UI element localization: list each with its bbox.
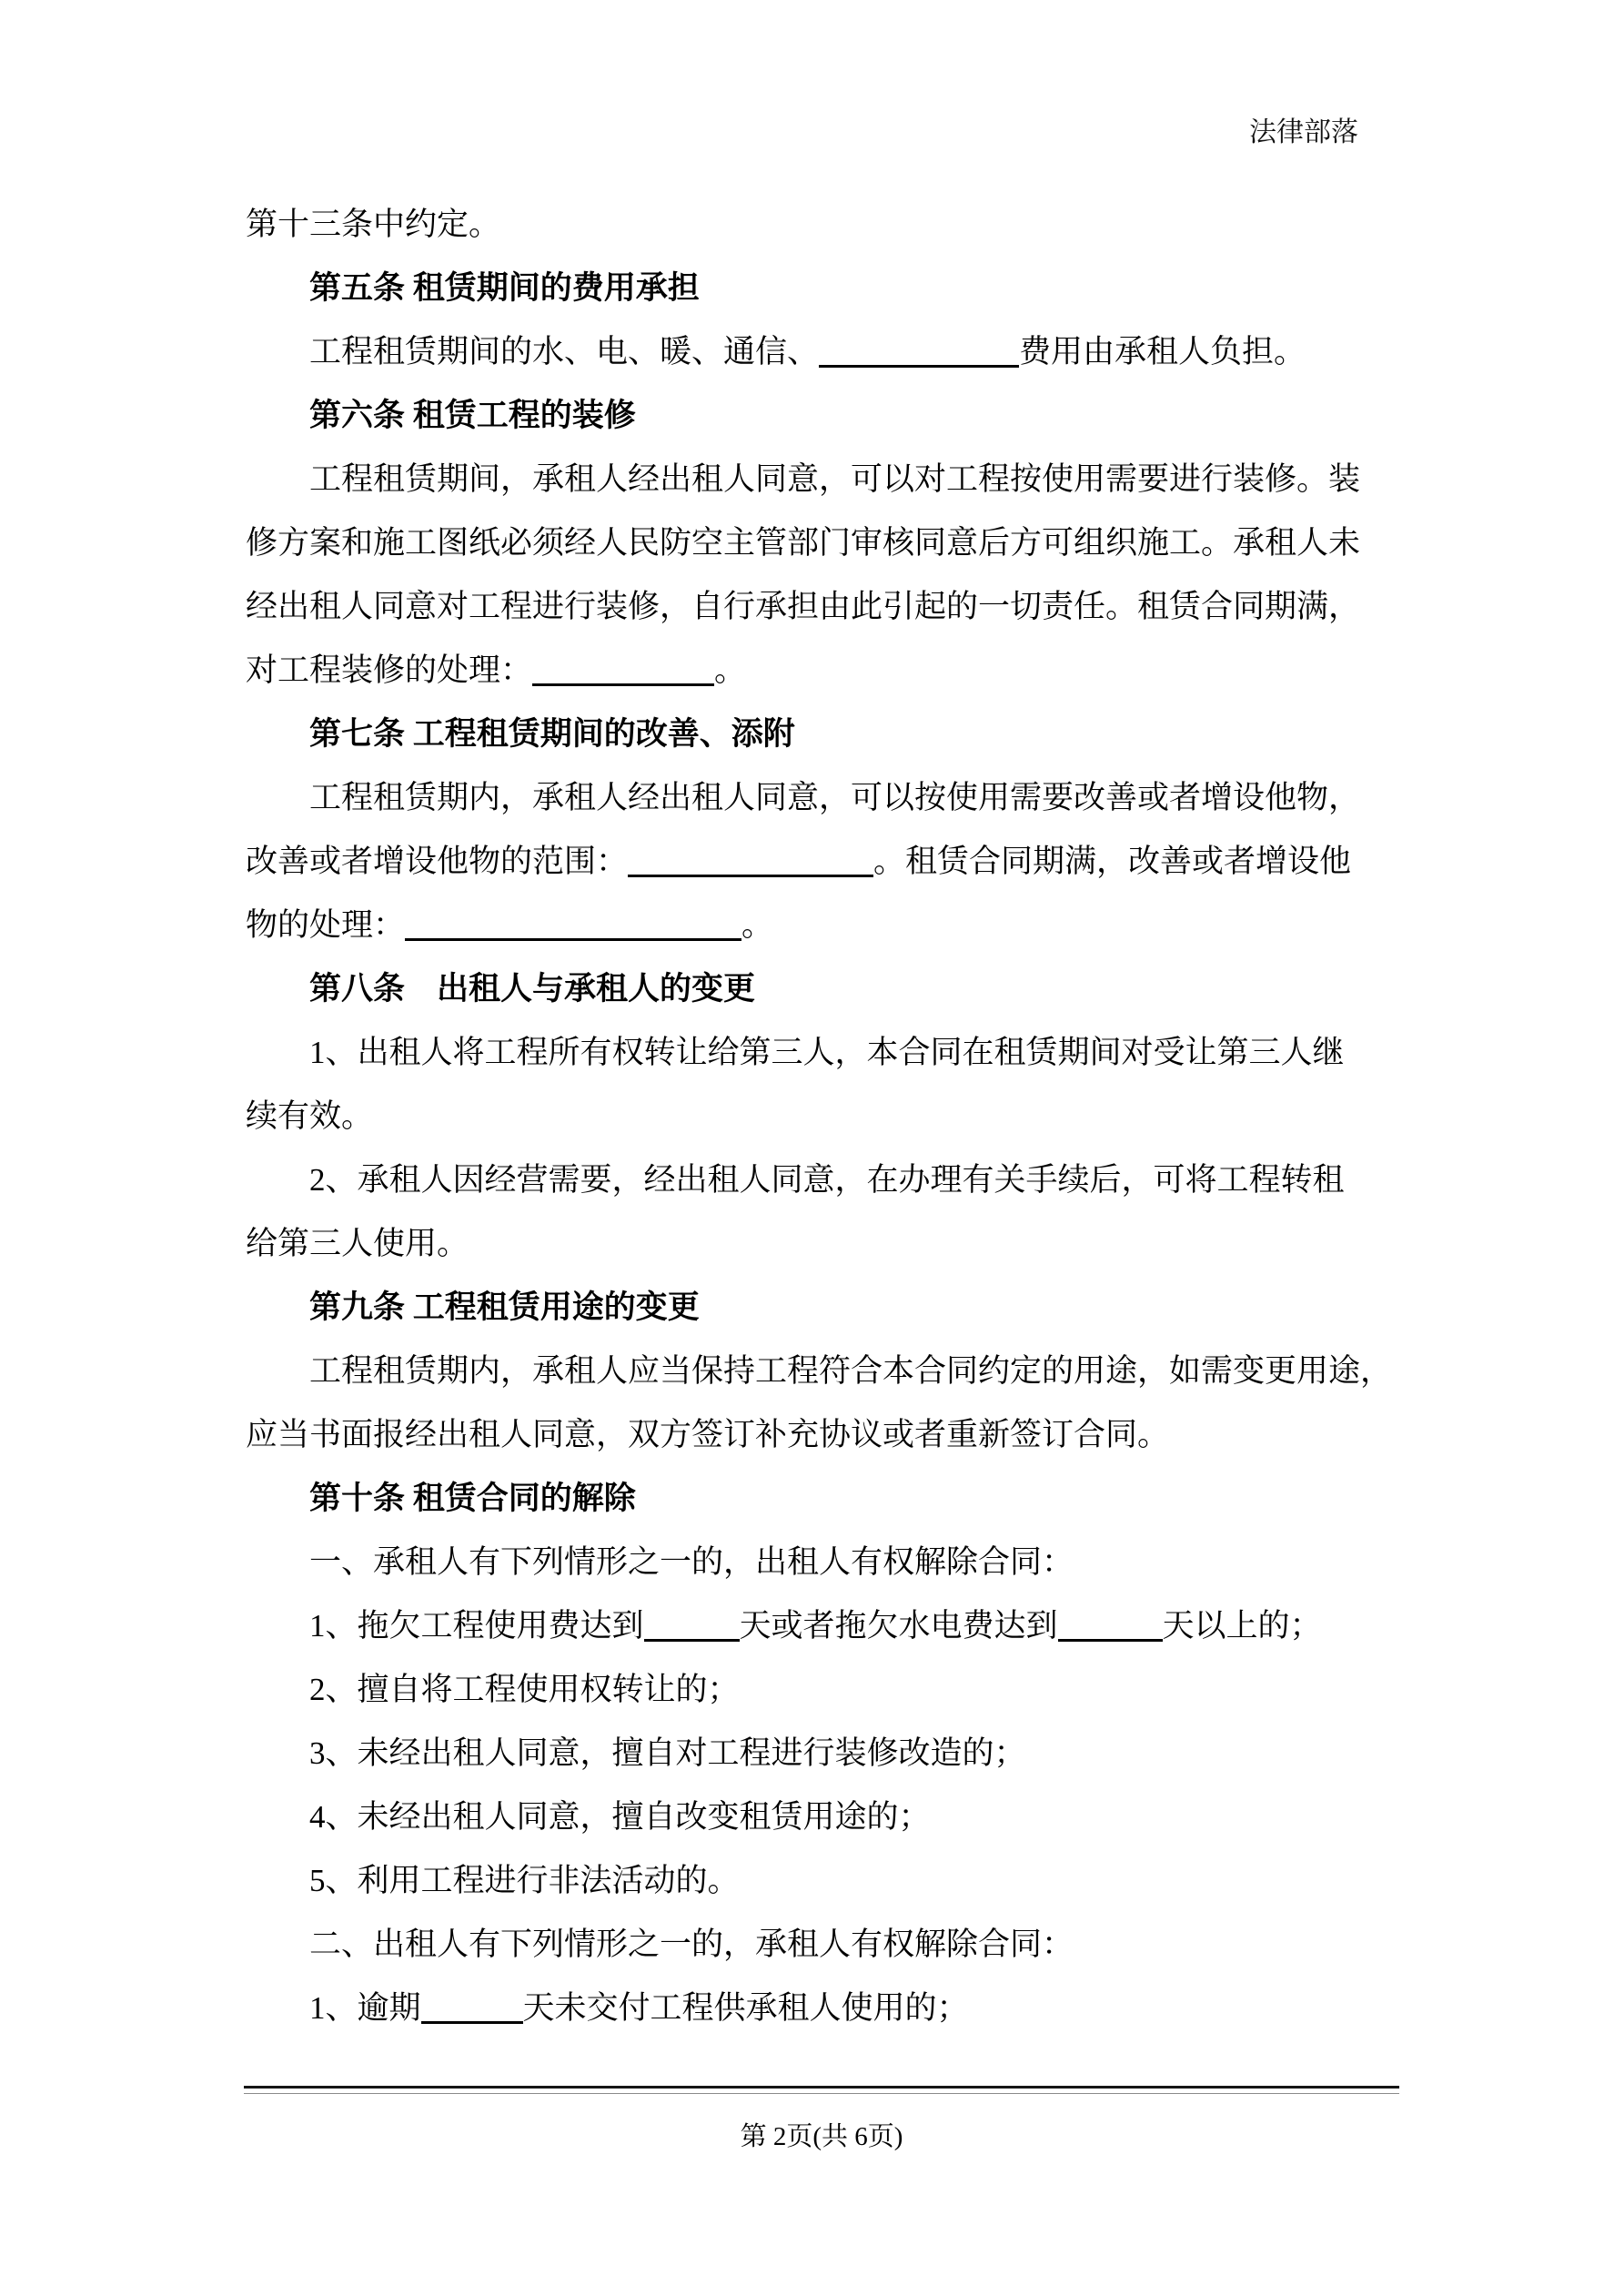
footer-divider <box>244 2086 1399 2094</box>
paragraph-line: 工程租赁期间的水、电、暖、通信、费用由承租人负担。 <box>246 320 1406 384</box>
text-run: 5、利用工程进行非法活动的。 <box>309 1863 740 1898</box>
fill-in-blank <box>405 911 741 941</box>
header-brand-label: 法律部落 <box>1249 117 1358 147</box>
text-run: 二、出租人有下列情形之一的，承租人有权解除合同： <box>309 1927 1074 1962</box>
text-run: 工程租赁期内，承租人经出租人同意，可以按使用需要改善或者增设他物， <box>309 780 1360 815</box>
text-run: 应当书面报经出租人同意，双方签订补充协议或者重新签订合同。 <box>246 1417 1169 1452</box>
text-run: 工程租赁期间，承租人经出租人同意，可以对工程按使用需要进行装修。装 <box>309 461 1360 497</box>
text-run: 一、承租人有下列情形之一的，出租人有权解除合同： <box>309 1544 1074 1580</box>
text-run: 。 <box>714 652 746 688</box>
paragraph-line: 1、拖欠工程使用费达到天或者拖欠水电费达到天以上的； <box>246 1594 1406 1658</box>
paragraph-line: 续有效。 <box>246 1085 1406 1148</box>
clause-heading: 第七条 工程租赁期间的改善、添附 <box>246 703 1406 766</box>
paragraph-line: 给第三人使用。 <box>246 1212 1406 1276</box>
text-run: 2、擅自将工程使用权转让的； <box>309 1672 740 1707</box>
fill-in-blank <box>532 656 714 686</box>
paragraph-line: 5、利用工程进行非法活动的。 <box>246 1849 1406 1913</box>
paragraph-line: 对工程装修的处理：。 <box>246 639 1406 703</box>
text-run: 天或者拖欠水电费达到 <box>740 1608 1058 1644</box>
text-run: 4、未经出租人同意，擅自改变租赁用途的； <box>309 1799 931 1835</box>
paragraph-line: 物的处理：。 <box>246 894 1406 957</box>
text-run: 3、未经出租人同意，擅自对工程进行装修改造的； <box>309 1735 1026 1771</box>
text-run: 经出租人同意对工程进行装修，自行承担由此引起的一切责任。租赁合同期满， <box>246 589 1360 624</box>
text-run: 修方案和施工图纸必须经人民防空主管部门审核同意后方可组织施工。承租人未 <box>246 525 1360 561</box>
text-run: 续有效。 <box>246 1098 373 1134</box>
text-run: 工程租赁期内，承租人应当保持工程符合本合同约定的用途，如需变更用途， <box>309 1353 1392 1389</box>
paragraph-line: 二、出租人有下列情形之一的，承租人有权解除合同： <box>246 1913 1406 1977</box>
text-run: 第九条 工程租赁用途的变更 <box>309 1290 700 1325</box>
text-run: 第十三条中约定。 <box>246 207 500 242</box>
text-run: 2、承租人因经营需要，经出租人同意，在办理有关手续后，可将工程转租 <box>309 1162 1345 1198</box>
clause-heading: 第八条 出租人与承租人的变更 <box>246 957 1406 1021</box>
text-run: 改善或者增设他物的范围： <box>246 844 628 879</box>
paragraph-line: 第十三条中约定。 <box>246 193 1406 257</box>
text-run: 第八条 出租人与承租人的变更 <box>309 971 755 1006</box>
paragraph-line: 应当书面报经出租人同意，双方签订补充协议或者重新签订合同。 <box>246 1403 1406 1467</box>
text-run: 天以上的； <box>1163 1608 1322 1644</box>
fill-in-blank <box>628 847 873 877</box>
fill-in-blank <box>1058 1612 1163 1642</box>
paragraph-line: 工程租赁期内，承租人经出租人同意，可以按使用需要改善或者增设他物， <box>246 766 1406 830</box>
document-page: 法律部落 第十三条中约定。第五条 租赁期间的费用承担工程租赁期间的水、电、暖、通… <box>0 0 1624 2296</box>
clause-heading: 第十条 租赁合同的解除 <box>246 1467 1406 1531</box>
paragraph-line: 工程租赁期间，承租人经出租人同意，可以对工程按使用需要进行装修。装 <box>246 448 1406 511</box>
paragraph-line: 2、承租人因经营需要，经出租人同意，在办理有关手续后，可将工程转租 <box>246 1148 1406 1212</box>
page-header: 法律部落 <box>0 115 1358 151</box>
paragraph-line: 改善或者增设他物的范围：。租赁合同期满，改善或者增设他 <box>246 830 1406 894</box>
paragraph-line: 3、未经出租人同意，擅自对工程进行装修改造的； <box>246 1722 1406 1785</box>
fill-in-blank <box>644 1612 740 1642</box>
text-run: 1、拖欠工程使用费达到 <box>309 1608 644 1644</box>
fill-in-blank <box>819 338 1019 368</box>
text-run: 对工程装修的处理： <box>246 652 532 688</box>
text-run: 天未交付工程供承租人使用的； <box>523 1990 969 2026</box>
fill-in-blank <box>421 1994 523 2024</box>
paragraph-line: 1、逾期天未交付工程供承租人使用的； <box>246 1977 1406 2040</box>
paragraph-line: 工程租赁期内，承租人应当保持工程符合本合同约定的用途，如需变更用途， <box>246 1340 1406 1403</box>
text-run: 1、出租人将工程所有权转让给第三人，本合同在租赁期间对受让第三人继 <box>309 1035 1345 1070</box>
text-run: 。租赁合同期满，改善或者增设他 <box>873 844 1351 879</box>
clause-heading: 第五条 租赁期间的费用承担 <box>246 257 1406 320</box>
clause-heading: 第九条 工程租赁用途的变更 <box>246 1276 1406 1340</box>
page-footer: 第 2页(共 6页) <box>244 2086 1399 2153</box>
text-run: 费用由承租人负担。 <box>1019 334 1306 369</box>
text-run: 第七条 工程租赁期间的改善、添附 <box>309 716 795 752</box>
text-run: 第五条 租赁期间的费用承担 <box>309 270 700 306</box>
text-run: 物的处理： <box>246 907 405 943</box>
paragraph-line: 修方案和施工图纸必须经人民防空主管部门审核同意后方可组织施工。承租人未 <box>246 511 1406 575</box>
clause-heading: 第六条 租赁工程的装修 <box>246 384 1406 448</box>
text-run: 。 <box>741 907 773 943</box>
text-run: 1、逾期 <box>309 1990 421 2026</box>
text-run: 第十条 租赁合同的解除 <box>309 1481 636 1516</box>
text-run: 工程租赁期间的水、电、暖、通信、 <box>309 334 819 369</box>
paragraph-line: 2、擅自将工程使用权转让的； <box>246 1658 1406 1722</box>
page-number-label: 第 2页(共 6页) <box>244 2116 1399 2153</box>
paragraph-line: 1、出租人将工程所有权转让给第三人，本合同在租赁期间对受让第三人继 <box>246 1021 1406 1085</box>
text-run: 给第三人使用。 <box>246 1226 469 1261</box>
paragraph-line: 4、未经出租人同意，擅自改变租赁用途的； <box>246 1785 1406 1849</box>
text-run: 第六条 租赁工程的装修 <box>309 398 636 433</box>
contract-body: 第十三条中约定。第五条 租赁期间的费用承担工程租赁期间的水、电、暖、通信、费用由… <box>246 193 1406 2040</box>
paragraph-line: 一、承租人有下列情形之一的，出租人有权解除合同： <box>246 1531 1406 1594</box>
paragraph-line: 经出租人同意对工程进行装修，自行承担由此引起的一切责任。租赁合同期满， <box>246 575 1406 639</box>
